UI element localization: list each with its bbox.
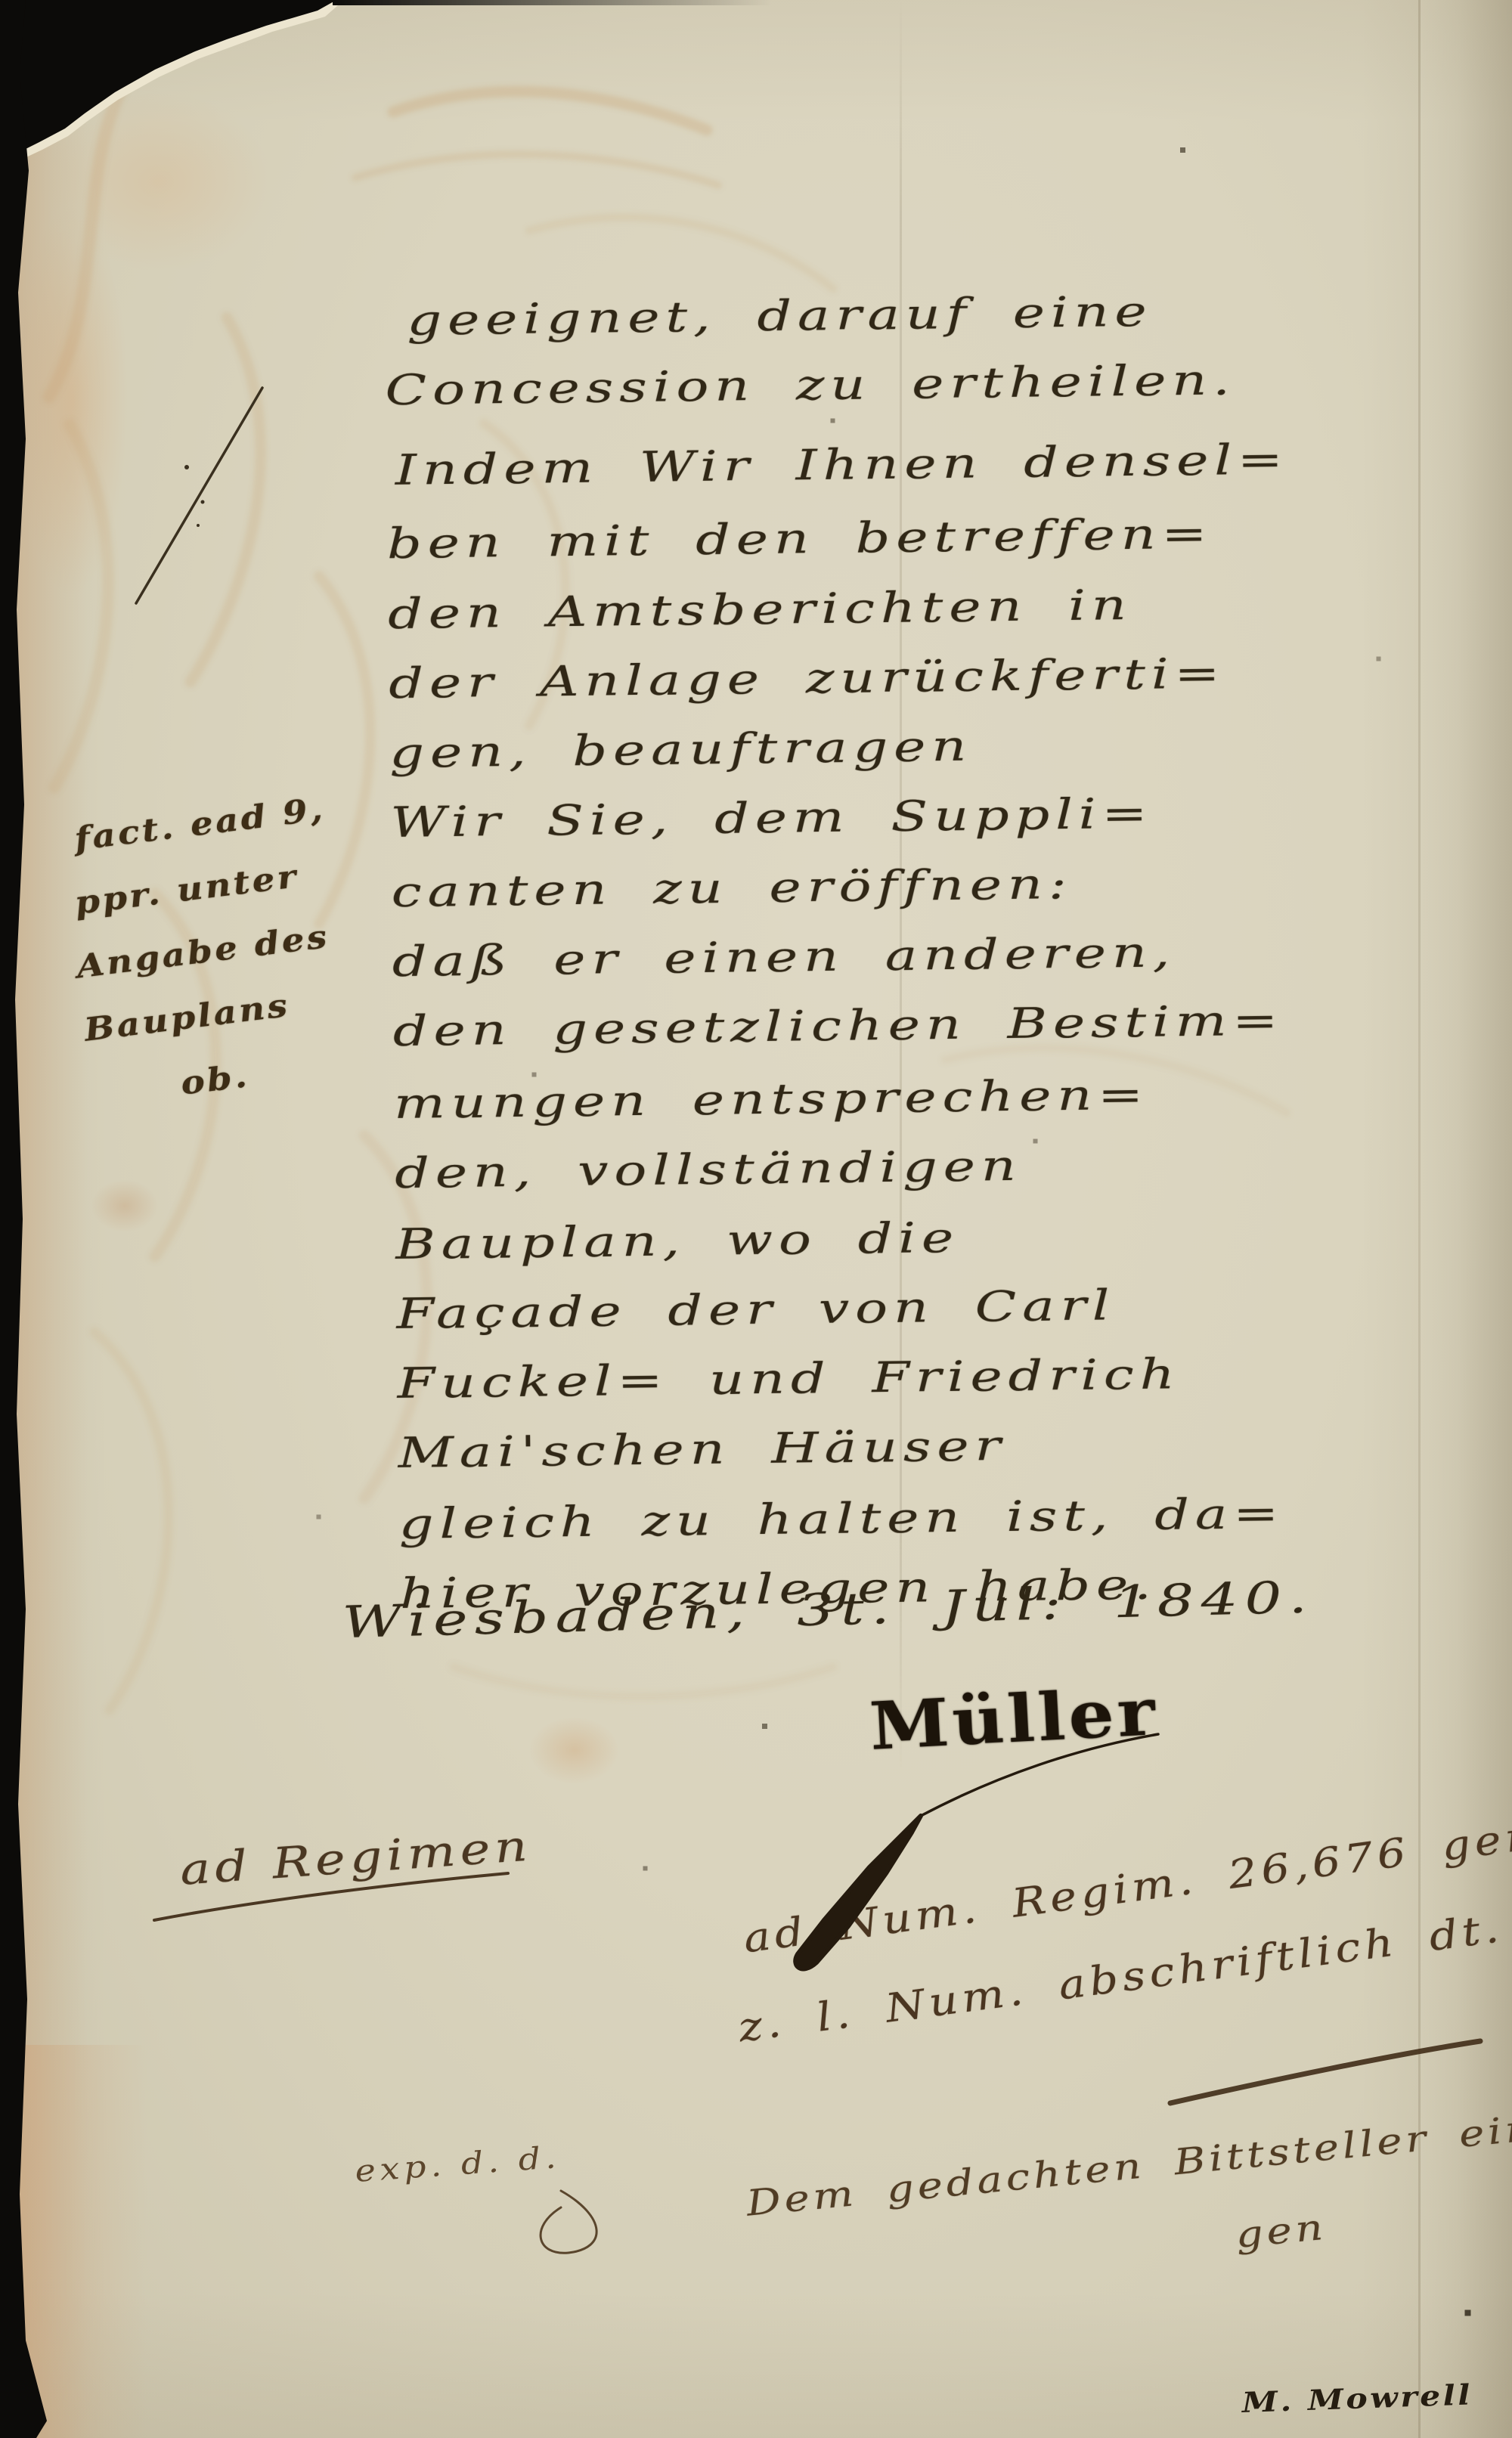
paper-bottom-left-discoloration: [12, 2045, 171, 2438]
manuscript-line: Bauplan, wo die: [395, 1213, 959, 1269]
manuscript-line: ben mit den betreffen=: [387, 510, 1213, 568]
manuscript-line: daß er einen anderen,: [392, 928, 1176, 986]
manuscript-line: der Anlage zurückferti=: [389, 649, 1226, 708]
top-scan-edge: [333, 0, 771, 5]
vertical-fold-crease: [1418, 0, 1421, 2438]
foxing-stain: [529, 1716, 620, 1784]
manuscript-line: Mai'schen Häuser: [398, 1421, 1006, 1477]
manuscript-line: Wir Sie, dem Suppli=: [390, 789, 1153, 847]
manuscript-line: mungen entsprechen=: [394, 1070, 1149, 1128]
right-fold-shading: [1421, 0, 1512, 2438]
manuscript-line: canten zu eröffnen:: [391, 860, 1073, 916]
manuscript-line: geeignet, darauf eine: [407, 287, 1153, 345]
manuscript-scan: geeignet, darauf eine Concession zu erth…: [0, 0, 1512, 2438]
manuscript-line: Fuckel= und Friedrich: [397, 1349, 1181, 1408]
delivery-line: gen: [1234, 2207, 1328, 2257]
manuscript-line: gen, beauftragen: [389, 722, 972, 777]
foxing-stain: [91, 1179, 159, 1232]
manuscript-line: den Amtsberichten in: [388, 581, 1132, 638]
signature: Müller: [868, 1674, 1160, 1765]
manuscript-line: den, vollständigen: [395, 1142, 1022, 1197]
manuscript-line: Façade der von Carl: [396, 1281, 1116, 1338]
